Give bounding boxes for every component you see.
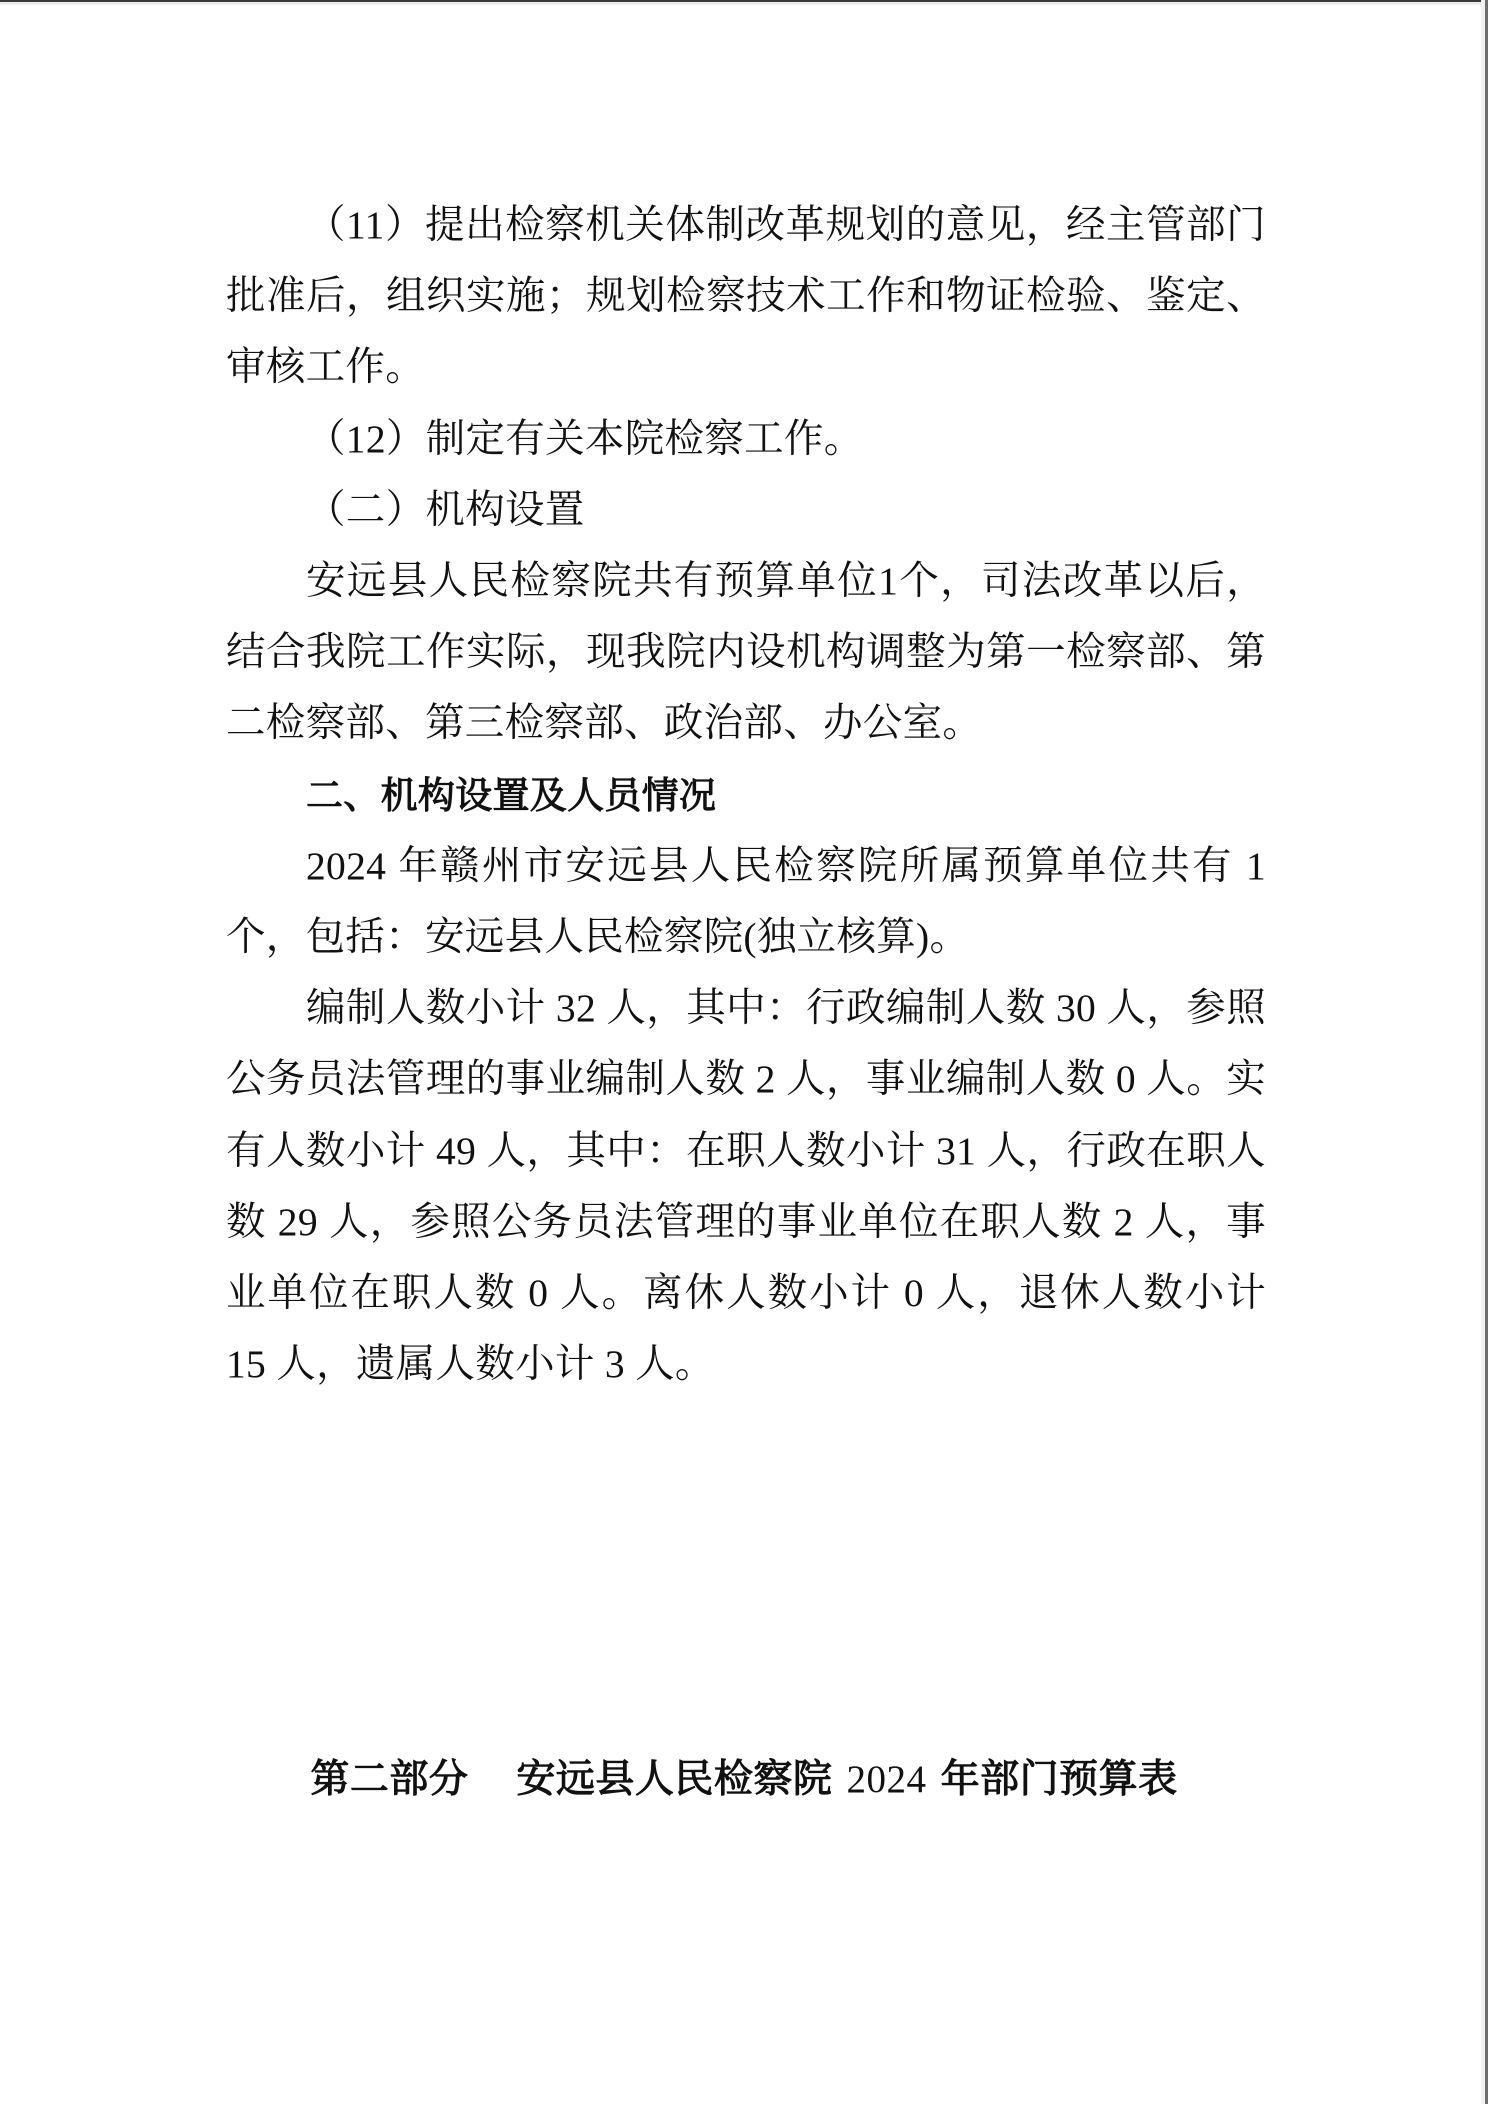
part-title: 第二部分安远县人民检察院 2024 年部门预算表	[0, 1752, 1488, 1808]
document-page: （11）提出检察机关体制改革规划的意见，经主管部门批准后，组织实施；规划检察技术…	[0, 0, 1488, 2104]
part-title-suffix: 年部门预算表	[941, 1757, 1178, 1802]
page-top-border-shadow	[0, 2, 1488, 5]
paragraph-item-11: （11）提出检察机关体制改革规划的意见，经主管部门批准后，组织实施；规划检察技术…	[226, 190, 1266, 404]
paragraph-staffing: 编制人数小计 32 人，其中：行政编制人数 30 人，参照公务员法管理的事业编制…	[226, 973, 1266, 1400]
subheading-org-setup: （二）机构设置	[226, 475, 1266, 546]
document-body: （11）提出检察机关体制改革规划的意见，经主管部门批准后，组织实施；规划检察技术…	[226, 190, 1266, 1400]
section-heading-org-and-staff: 二、机构设置及人员情况	[226, 760, 1266, 831]
paragraph-org-setup: 安远县人民检察院共有预算单位1个，司法改革以后，结合我院工作实际，现我院内设机构…	[226, 546, 1266, 760]
part-title-prefix: 安远县人民检察院	[516, 1757, 832, 1802]
paragraph-budget-units: 2024 年赣州市安远县人民检察院所属预算单位共有 1 个，包括：安远县人民检察…	[226, 831, 1266, 973]
part-label: 第二部分	[310, 1757, 468, 1802]
paragraph-item-12: （12）制定有关本院检察工作。	[226, 404, 1266, 475]
part-title-year: 2024	[847, 1758, 927, 1801]
